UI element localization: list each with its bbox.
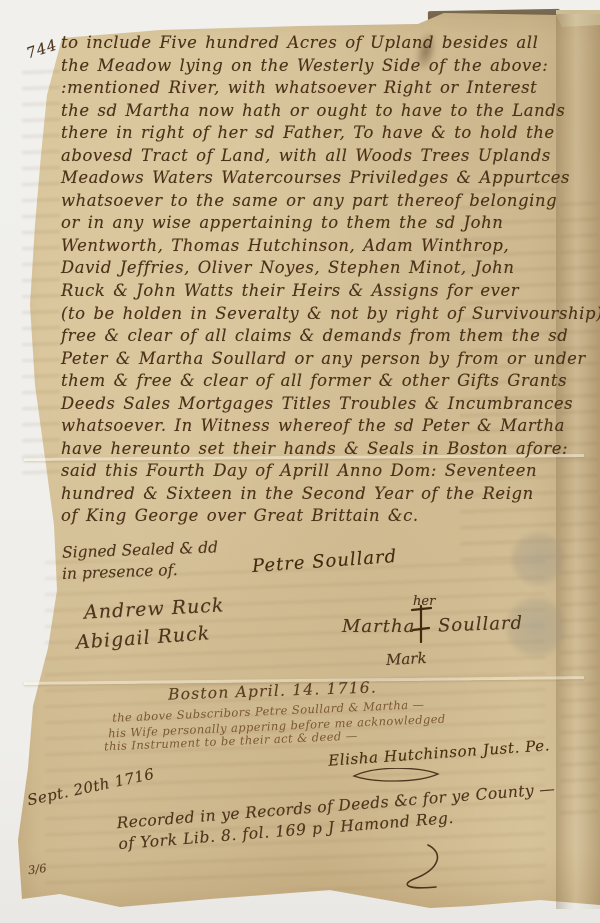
martha-last-name: Soullard: [438, 613, 524, 637]
deed-line: Peter & Martha Soullard or any person by…: [61, 348, 556, 371]
martha-cross-mark: [408, 600, 434, 646]
wax-seal-stain: [510, 530, 566, 588]
deed-line: (to be holden in Severalty & not by righ…: [61, 303, 556, 326]
mark-label-mark: Mark: [386, 649, 427, 669]
deed-line: the sd Martha now hath or ought to have …: [61, 100, 556, 123]
ink-bleedthrough: [22, 60, 60, 480]
deed-line: Deeds Sales Mortgages Titles Troubles & …: [61, 393, 556, 416]
deed-line: the Meadow lying on the Westerly Side of…: [61, 55, 556, 78]
deed-line: there in right of her sd Father, To have…: [61, 122, 556, 145]
martha-first-name: Martha: [342, 616, 415, 637]
deed-line: free & clear of all claims & demands fro…: [61, 325, 556, 348]
deed-line: or in any wise appertaining to them the …: [61, 212, 556, 235]
deed-line: abovesd Tract of Land, with all Woods Tr…: [61, 145, 556, 168]
deed-line: Ruck & John Watts their Heirs & Assigns …: [61, 280, 556, 303]
deed-line: Meadows Waters Watercourses Priviledges …: [61, 167, 556, 190]
ink-bleedthrough: [560, 200, 598, 820]
deed-line: hundred & Sixteen in the Second Year of …: [61, 483, 556, 506]
deed-line: of King George over Great Brittain &c.: [61, 505, 556, 528]
deed-line: have hereunto set their hands & Seals in…: [61, 438, 556, 461]
deed-line: Wentworth, Thomas Hutchinson, Adam Winth…: [61, 235, 556, 258]
margin-folio-mark: 744: [24, 36, 60, 63]
deed-body-text: to include Five hundred Acres of Upland …: [61, 32, 556, 528]
deed-line: whatsoever to the same or any part there…: [61, 190, 556, 213]
deed-line: David Jeffries, Oliver Noyes, Stephen Mi…: [61, 257, 556, 280]
deed-line: :mentioned River, with whatsoever Right …: [61, 77, 556, 100]
signature-flourish: [352, 768, 442, 784]
deed-line: to include Five hundred Acres of Upland …: [61, 32, 556, 55]
page-number-mark: 3/6: [27, 861, 47, 877]
register-flourish: [398, 843, 448, 893]
deed-line: said this Fourth Day of Aprill Anno Dom:…: [61, 460, 556, 483]
deed-line: them & free & clear of all former & othe…: [61, 370, 556, 393]
deed-line: whatsoever. In Witness whereof the sd Pe…: [61, 415, 556, 438]
